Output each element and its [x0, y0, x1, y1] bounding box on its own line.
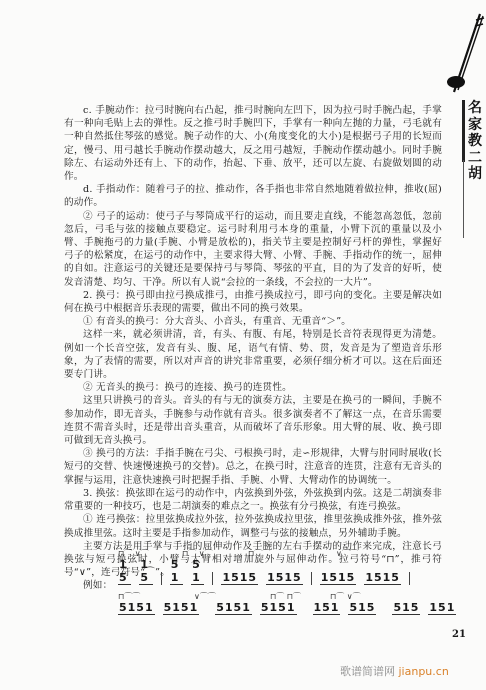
paragraph-smooth-explanation: 这里只讲换弓的音头。音头的有与无的演奏方法，主要是在换弓的一瞬间，手腕不参加动作…	[64, 394, 442, 447]
bowing-mark: ⊓⌒⌒	[118, 591, 194, 601]
paragraph-bow-change-method: ③ 换弓的方法：手指手腕在弓尖、弓根换弓时，走∽形规律，大臂与肘同时展收(长短弓…	[64, 447, 442, 487]
note-group: 1515	[364, 571, 401, 585]
watermark-cn: 歌谱简谱网	[340, 665, 395, 678]
paragraph-string-change: 3. 换弦：换弦即在运弓的动作中，内弦换到外弦，外弦换到内弦。这是二胡演奏非常重…	[64, 487, 442, 513]
barline	[311, 572, 312, 585]
note-group: 1 5	[118, 558, 131, 585]
sidebar-rule	[462, 100, 465, 162]
notation-row-1: ⊓⌒ ∨⌒ ⊓⌒ ∨⌒ ⊓⌒⌒ ∨⌒⌒ 1 5 1 5 5 1 5 1 1515…	[118, 548, 418, 584]
note-group: 5151	[215, 601, 252, 615]
note-group: 1515	[266, 571, 303, 585]
note-group: 515	[392, 601, 420, 615]
paragraph-accent-explanation: 这样一来，就必须讲清，音，有头、有腹、有尾，特别是长音符表现得更为清楚。例如一个…	[64, 328, 442, 381]
side-title-char: 胡	[468, 166, 484, 183]
bowing-mark: ∨⌒⌒	[194, 591, 270, 601]
side-title-char: 二	[468, 150, 484, 167]
bowing-mark: ⊓⌒ ⊓⌒	[270, 591, 330, 601]
paragraph-bow-change: 2. 换弓：换弓即由拉弓换成推弓，由推弓换成拉弓，即弓向的变化。主要是解决如何在…	[64, 289, 442, 315]
music-notation: ⊓⌒ ∨⌒ ⊓⌒ ∨⌒ ⊓⌒⌒ ∨⌒⌒ 1 5 1 5 5 1 5 1 1515…	[118, 548, 418, 627]
bowing-mark: ⊓⌒ ∨⌒	[330, 591, 390, 601]
note-group: 5 1	[170, 558, 183, 585]
note-group: 5 1	[191, 558, 204, 585]
paragraph-slur-string-change: ① 连弓换弦：拉里弦换成拉外弦，拉外弦换成拉里弦，推里弦换成推外弦，推外弦换成推…	[64, 513, 442, 539]
note-group: 5151	[118, 601, 155, 615]
page-number: 21	[452, 629, 466, 640]
barline	[161, 572, 162, 585]
barline	[212, 572, 213, 585]
body-text: c. 手腕动作：拉弓时腕向右凸起，推弓时腕向左凹下，因为拉弓时手腕凸起，手掌有一…	[64, 104, 442, 593]
side-title-char: 名	[468, 100, 484, 117]
watermark-url: jianpu.cn	[399, 665, 449, 678]
note-group: 1515	[221, 571, 258, 585]
bowing-mark: ⊓⌒ ∨⌒	[118, 548, 182, 558]
notation-row-2: ⊓⌒⌒ ∨⌒⌒ ⊓⌒ ⊓⌒ ⊓⌒ ∨⌒ 5151 5151 5151 5151 …	[118, 591, 418, 627]
paragraph-smooth-bow-change: ② 无音头的换弓：换弓的连接、换弓的连贯性。	[64, 381, 442, 394]
side-title: 名 家 教 二 胡	[468, 100, 484, 183]
note-group: 5151	[260, 601, 297, 615]
paragraph-bow-motion: ② 弓子的运动：使弓子与琴筒成平行的运动，而且要走直线，不能忽高忽低，忽前忽后，…	[64, 210, 442, 289]
bowing-mark: ∨⌒⌒	[336, 548, 416, 558]
note-group: 1515	[320, 571, 357, 585]
sidebar-rule-thin	[463, 160, 464, 238]
side-title-char: 教	[468, 133, 484, 150]
note-group: 1 5	[139, 558, 152, 585]
bowing-mark: ⊓⌒ ∨⌒	[182, 548, 248, 558]
barline	[409, 572, 410, 585]
paragraph-wrist-motion: c. 手腕动作：拉弓时腕向右凸起，推弓时腕向左凹下，因为拉弓时手腕凸起，手掌有一…	[64, 104, 442, 183]
paragraph-finger-motion: d. 手指动作：随着弓子的拉、推动作，各手指也非常自然地随着做拉伸，推收(屈)的…	[64, 183, 442, 209]
watermark: 歌谱简谱网 jianpu.cn	[340, 663, 449, 679]
bowing-mark: ⊓⌒⌒	[248, 548, 336, 558]
erhu-illustration-icon	[440, 10, 486, 100]
paragraph-accented-bow-change: ① 有音头的换弓：分大音头、小音头，有重音、无重音“＞”。	[64, 315, 442, 328]
note-group: 151	[313, 601, 341, 615]
side-title-char: 家	[468, 117, 484, 134]
note-group: 5151	[163, 601, 200, 615]
note-group: 515	[348, 601, 376, 615]
note-group: 151	[428, 601, 456, 615]
document-page: 名 家 教 二 胡 c. 手腕动作：拉弓时腕向右凸起，推弓时腕向左凹下，因为拉弓…	[0, 0, 486, 690]
